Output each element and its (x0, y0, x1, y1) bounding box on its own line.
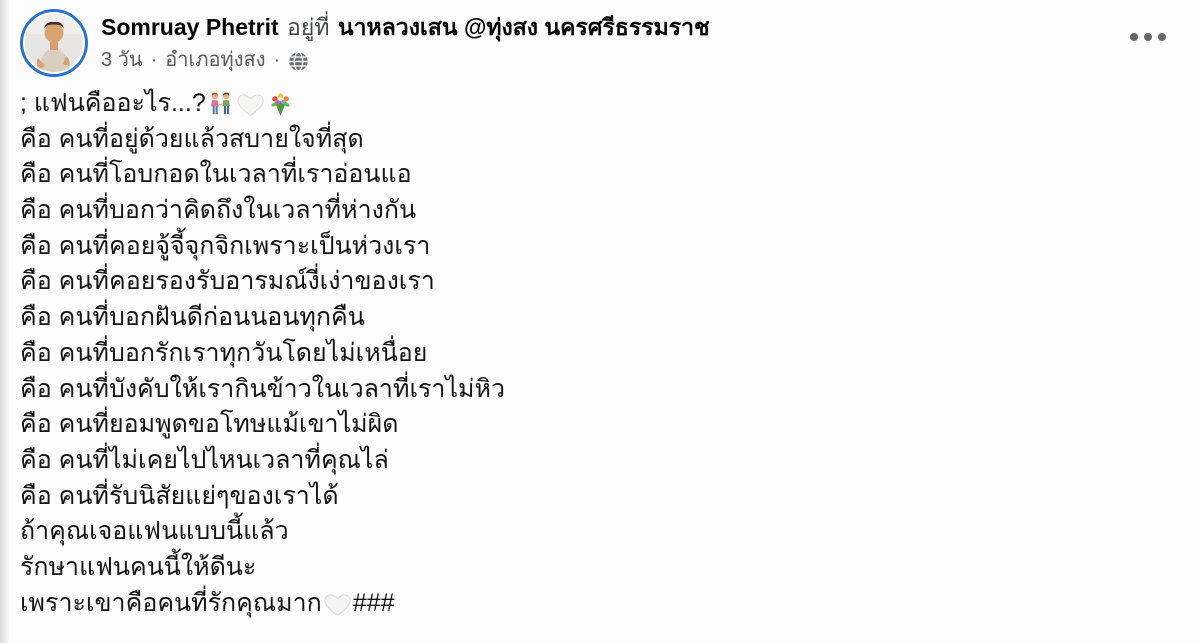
ellipsis-icon (1158, 33, 1166, 41)
post-text: คือ คนที่บังคับให้เรากินข้าวในเวลาที่เรา… (20, 372, 505, 408)
avatar[interactable] (23, 12, 85, 74)
post-text: ; แฟนคืออะไร...? (20, 86, 206, 122)
globe-icon (288, 51, 309, 72)
post-text: คือ คนที่คอยจู้จี้จุกจิกเพราะเป็นห่วงเรา (20, 229, 430, 265)
post-body-line: คือ คนที่ไม่เคยไปไหนเวลาที่คุณไล่ (20, 443, 505, 479)
post-text: เพราะเขาคือคนที่รักคุณมาก (20, 586, 322, 622)
couple-emoji (207, 91, 234, 118)
post-text: คือ คนที่รับนิสัยแย่ๆของเราได้ (20, 479, 339, 515)
post-body-line: รักษาแฟนคนนี้ให้ดีนะ (20, 550, 505, 586)
post-text: คือ คนที่บอกฝันดีก่อนนอนทุกคืน (20, 300, 365, 336)
post-title-line: Somruay Phetrit อยู่ที่ นาหลวงเสน @ทุ่งส… (101, 13, 710, 41)
ellipsis-icon (1130, 33, 1138, 41)
location-link[interactable]: นาหลวงเสน @ทุ่งสง นครศรีธรรมราช (338, 14, 710, 40)
post-text: ถ้าคุณเจอแฟนแบบนี้แล้ว (20, 514, 289, 550)
post-body-line: คือ คนที่บอกรักเราทุกวันโดยไม่เหนื่อย (20, 336, 505, 372)
sub-location-link[interactable]: อำเภอทุ่งสง (165, 48, 265, 72)
post-body-line: คือ คนที่บอกว่าคิดถึงในเวลาที่ห่างกัน (20, 193, 505, 229)
post-text: คือ คนที่ยอมพูดขอโทษแม้เขาไม่ผิด (20, 407, 399, 443)
white-heart-emoji (236, 90, 265, 119)
post-header: Somruay Phetrit อยู่ที่ นาหลวงเสน @ทุ่งส… (20, 8, 1180, 74)
post-text: คือ คนที่บอกว่าคิดถึงในเวลาที่ห่างกัน (20, 193, 416, 229)
timestamp[interactable]: 3 วัน (101, 48, 143, 72)
separator-dot: · (273, 48, 280, 72)
post-body-line: ; แฟนคืออะไร...? (20, 86, 505, 122)
header-text: Somruay Phetrit อยู่ที่ นาหลวงเสน @ทุ่งส… (101, 8, 710, 74)
post-body-line: คือ คนที่บังคับให้เรากินข้าวในเวลาที่เรา… (20, 372, 505, 408)
bouquet-emoji (267, 91, 294, 118)
white-heart-emoji (323, 590, 352, 619)
post-text: คือ คนที่โอบกอดในเวลาที่เราอ่อนแอ (20, 157, 412, 193)
post-text: ### (353, 586, 395, 622)
post-body-line: คือ คนที่คอยจู้จี้จุกจิกเพราะเป็นห่วงเรา (20, 229, 505, 265)
context-connector: อยู่ที่ (285, 14, 331, 40)
post-body-line: คือ คนที่บอกฝันดีก่อนนอนทุกคืน (20, 300, 505, 336)
ellipsis-icon (1144, 33, 1152, 41)
post-text: คือ คนที่บอกรักเราทุกวันโดยไม่เหนื่อย (20, 336, 427, 372)
post-meta-line: 3 วัน · อำเภอทุ่งสง · (101, 48, 710, 72)
post-body-line: คือ คนที่อยู่ด้วยแล้วสบายใจที่สุด (20, 122, 505, 158)
separator-dot: · (151, 48, 158, 72)
post-text: รักษาแฟนคนนี้ให้ดีนะ (20, 550, 256, 586)
post-text: คือ คนที่คอยรองรับอารมณ์งี่เง่าของเรา (20, 264, 435, 300)
post-options-button[interactable] (1124, 22, 1172, 52)
left-edge-shade (0, 0, 10, 643)
post-body-line: คือ คนที่คอยรองรับอารมณ์งี่เง่าของเรา (20, 264, 505, 300)
post-body-line: ถ้าคุณเจอแฟนแบบนี้แล้ว (20, 514, 505, 550)
post-body-line: คือ คนที่โอบกอดในเวลาที่เราอ่อนแอ (20, 157, 505, 193)
post-text: คือ คนที่ไม่เคยไปไหนเวลาที่คุณไล่ (20, 443, 389, 479)
post-body-line: เพราะเขาคือคนที่รักคุณมาก ### (20, 586, 505, 622)
post-body-line: คือ คนที่รับนิสัยแย่ๆของเราได้ (20, 479, 505, 515)
post-body: ; แฟนคืออะไร...? คือ คนที่อยู่ด้วยแล้วสบ… (20, 86, 505, 621)
author-name[interactable]: Somruay Phetrit (101, 14, 279, 40)
post-body-line: คือ คนที่ยอมพูดขอโทษแม้เขาไม่ผิด (20, 407, 505, 443)
profile-photo-icon (25, 14, 83, 72)
post-text: คือ คนที่อยู่ด้วยแล้วสบายใจที่สุด (20, 122, 364, 158)
